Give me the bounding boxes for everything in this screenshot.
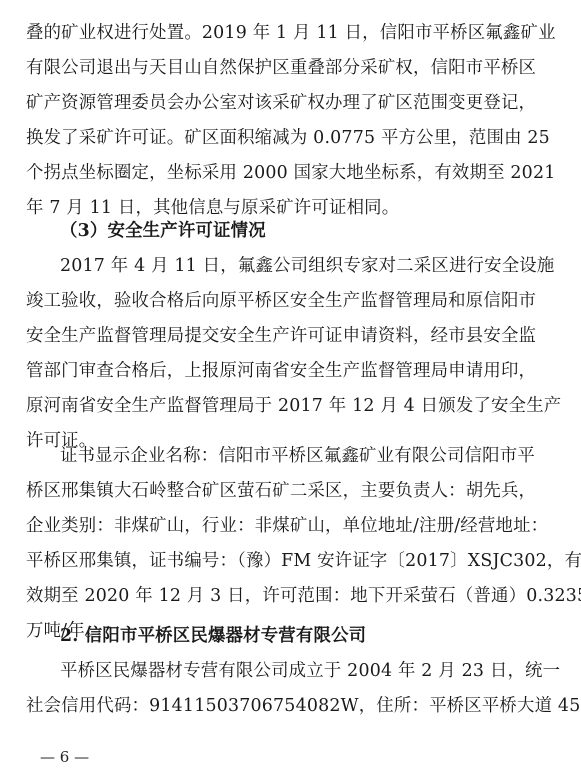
text-line: 安全生产监督管理局提交安全生产许可证申请资料，经市县安全监 (26, 325, 556, 347)
text-line: 效期至 2020 年 12 月 3 日，许可范围：地下开采萤石（普通）0.323… (26, 585, 556, 607)
text-line: 企业类别：非煤矿山，行业：非煤矿山，单位地址/注册/经营地址： (26, 515, 556, 537)
text-line: 社会信用代码：91411503706754082W，住所：平桥区平桥大道 450 (26, 695, 556, 717)
section-heading: 2. 信阳市平桥区民爆器材专营有限公司 (60, 625, 556, 647)
text-line: 竣工验收，验收合格后向原平桥区安全生产监督管理局和原信阳市 (26, 290, 556, 312)
text-line: 管部门审查合格后，上报原河南省安全生产监督管理局申请用印， (26, 360, 556, 382)
document-page: 叠的矿业权进行处置。2019 年 1 月 11 日，信阳市平桥区氟鑫矿业 有限公… (0, 0, 581, 783)
text-line: 证书显示企业名称：信阳市平桥区氟鑫矿业有限公司信阳市平 (60, 445, 556, 467)
text-line: 有限公司退出与天目山自然保护区重叠部分采矿权，信阳市平桥区 (26, 57, 556, 79)
text-line: 平桥区邢集镇，证书编号：（豫）FM 安许证字〔2017〕XSJC302，有 (26, 550, 556, 572)
page-number: — 6 — (40, 747, 89, 767)
text-line: 原河南省安全生产监督管理局于 2017 年 12 月 4 日颁发了安全生产 (26, 395, 556, 417)
text-line: 矿产资源管理委员会办公室对该采矿权办理了矿区范围变更登记， (26, 92, 556, 114)
text-line: 桥区邢集镇大石岭整合矿区萤石矿二采区，主要负责人：胡先兵， (26, 480, 556, 502)
text-line: 个拐点坐标圈定，坐标采用 2000 国家大地坐标系，有效期至 2021 (26, 162, 556, 184)
text-line: 年 7 月 11 日，其他信息与原采矿许可证相同。 (26, 197, 556, 219)
text-line: 2017 年 4 月 11 日，氟鑫公司组织专家对二采区进行安全设施 (60, 255, 556, 277)
text-line: 平桥区民爆器材专营有限公司成立于 2004 年 2 月 23 日，统一 (60, 660, 556, 682)
section-heading: （3）安全生产许可证情况 (60, 220, 556, 242)
text-line: 叠的矿业权进行处置。2019 年 1 月 11 日，信阳市平桥区氟鑫矿业 (26, 22, 556, 44)
text-line: 换发了采矿许可证。矿区面积缩减为 0.0775 平方公里，范围由 25 (26, 127, 556, 149)
